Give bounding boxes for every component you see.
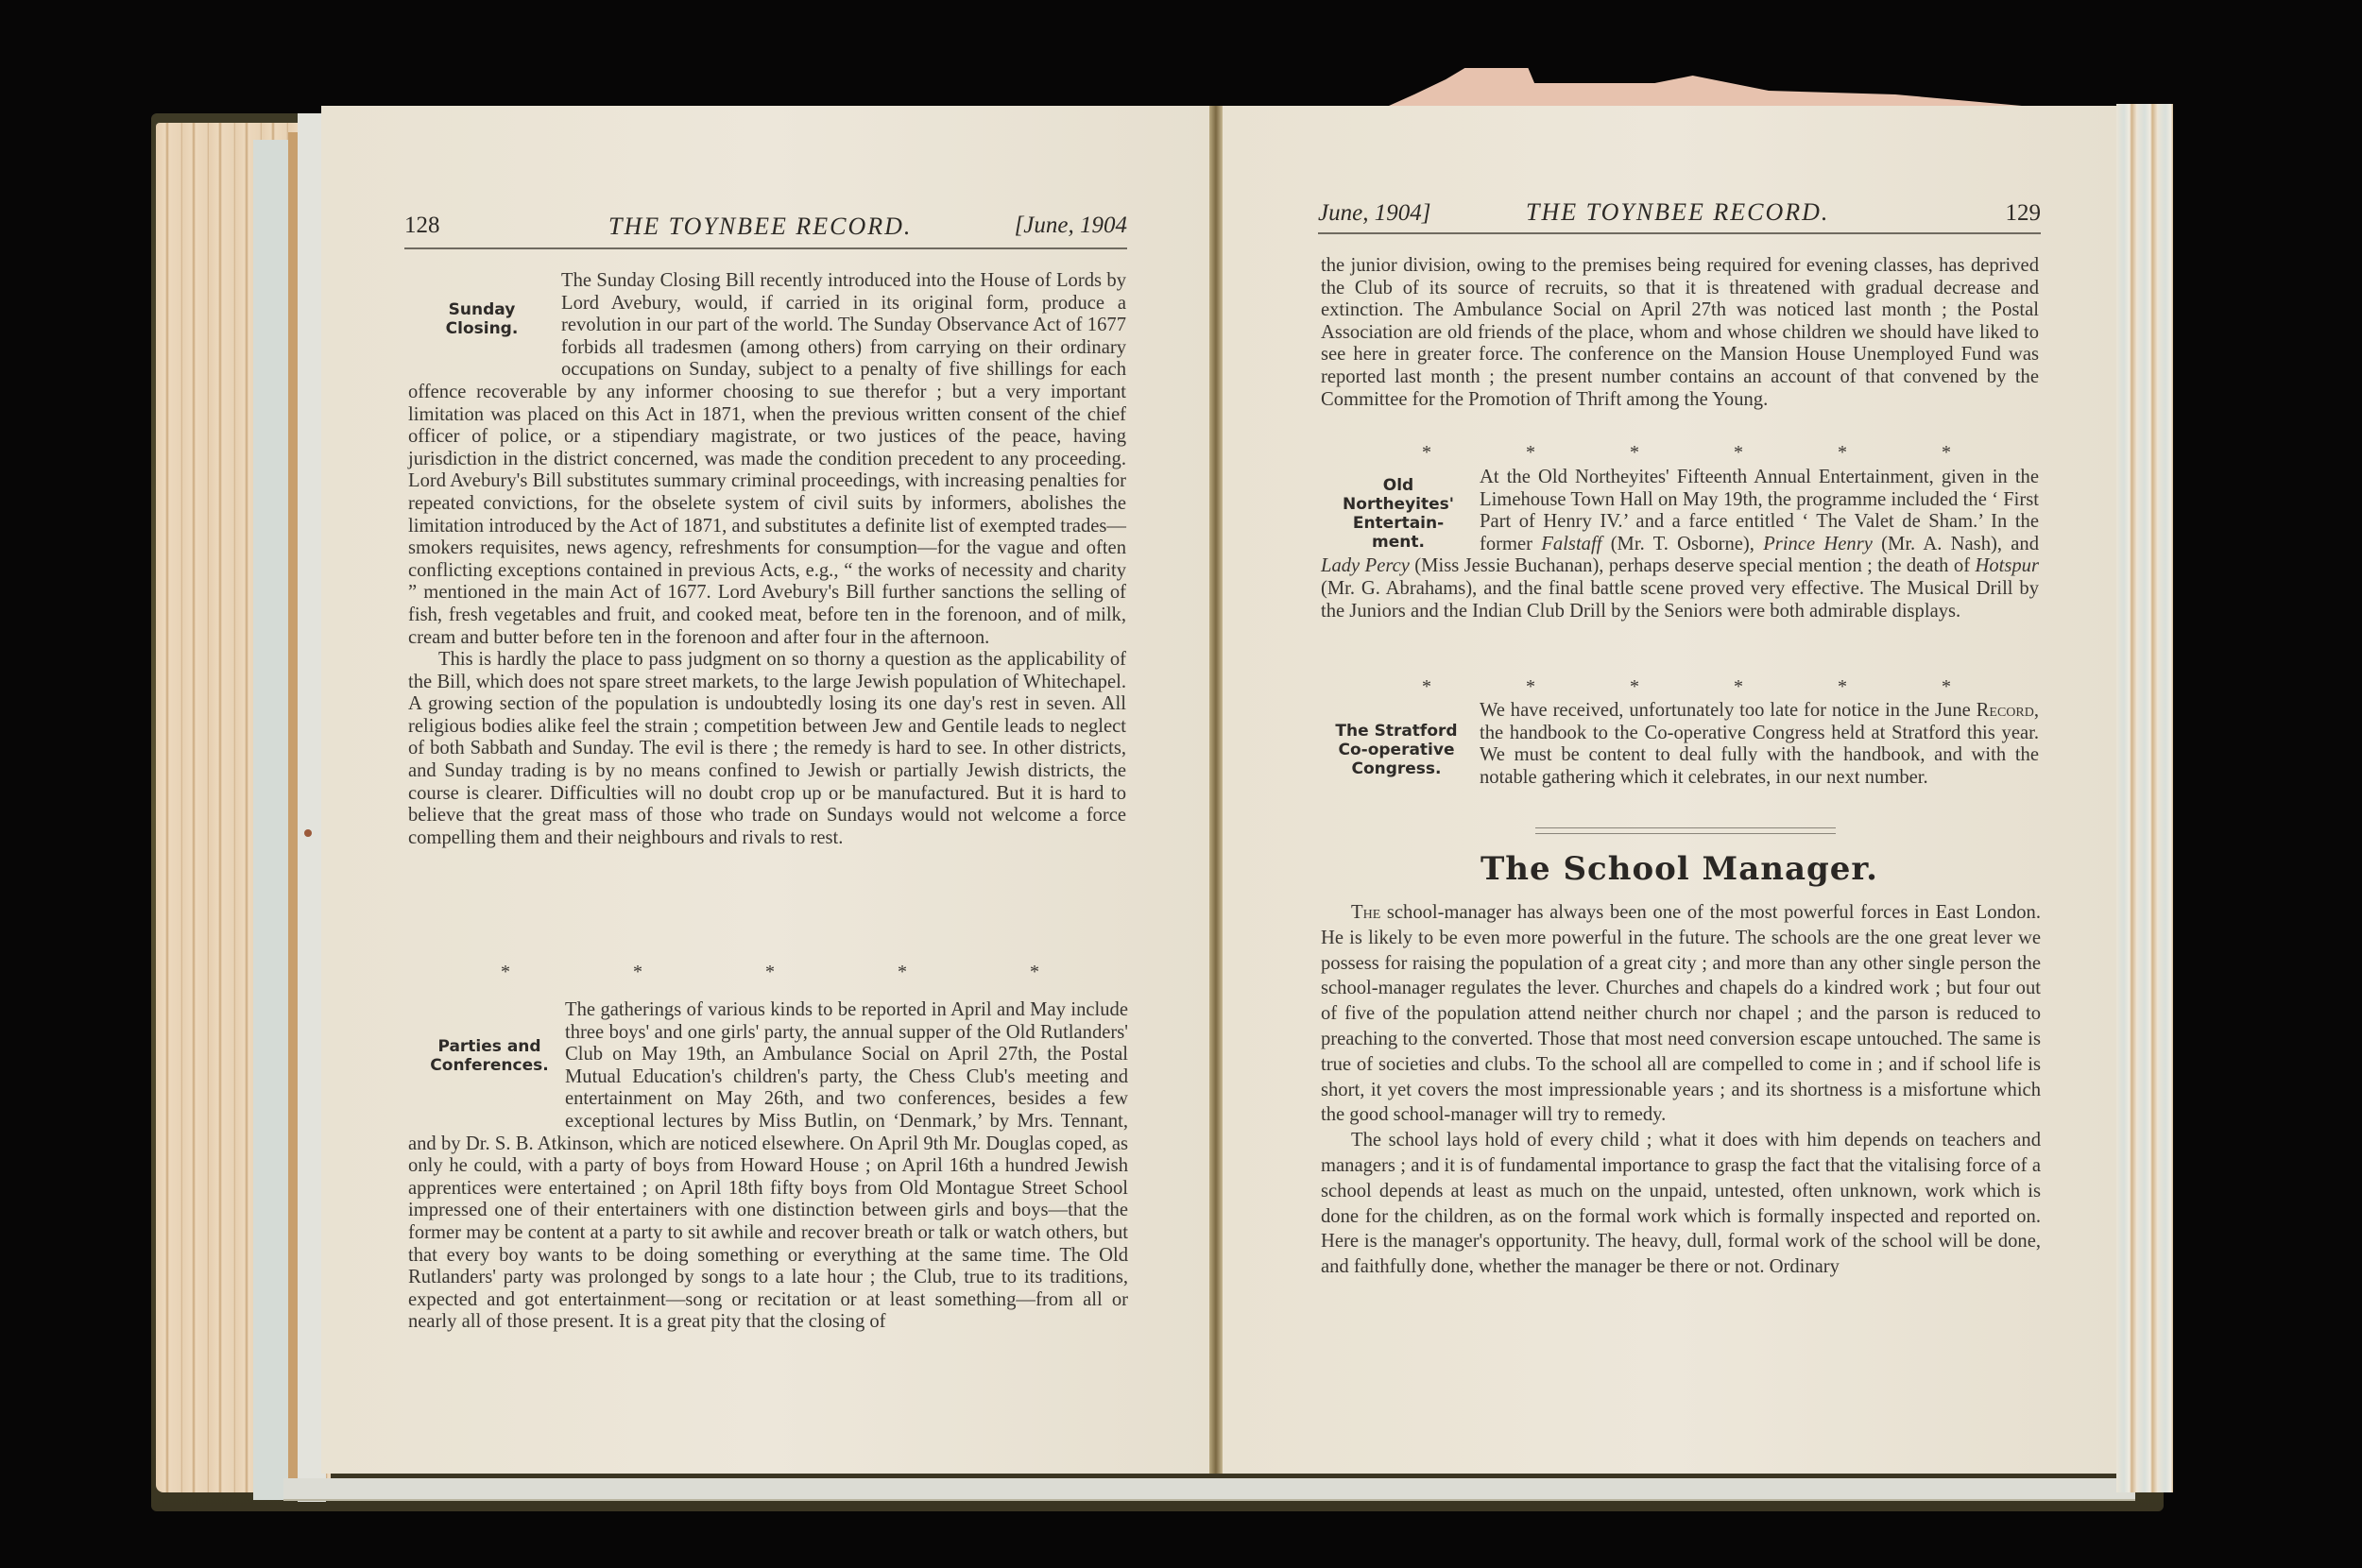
- tan-page-edge: [288, 132, 298, 1497]
- parties-article: The gatherings of various kinds to be re…: [408, 999, 1128, 1334]
- running-title: THE TOYNBEE RECORD.: [1526, 198, 1829, 227]
- gutter: [1209, 106, 1223, 1474]
- foxing-spot: [304, 829, 312, 837]
- section-separator: ******: [1422, 676, 1951, 698]
- role: Prince Henry: [1763, 534, 1873, 554]
- article-title: The School Manager.: [1318, 850, 2041, 888]
- paragraph: the junior division, owing to the premis…: [1321, 255, 2039, 411]
- page-number: 128: [404, 213, 440, 239]
- role: Hotspur: [1975, 555, 2039, 576]
- blue-endpaper-edge: [253, 140, 293, 1500]
- running-title: THE TOYNBEE RECORD.: [608, 213, 912, 241]
- paragraph: The school lays hold of every child ; wh…: [1321, 1128, 2041, 1280]
- right-running-head: June, 1904] THE TOYNBEE RECORD. 129: [1318, 198, 2041, 236]
- continued-text: the junior division, owing to the premis…: [1321, 255, 2039, 411]
- header-rule: [1318, 232, 2041, 234]
- bottom-page-edges: [283, 1478, 2135, 1501]
- section-separator: ******: [1422, 442, 1951, 464]
- role: Falstaff: [1541, 534, 1601, 554]
- northeyites-article: At the Old Northeyites' Fifteenth Annual…: [1321, 467, 2039, 622]
- left-running-head: 128 THE TOYNBEE RECORD. [June, 1904: [404, 213, 1127, 250]
- school-manager-article: The school-manager has always been one o…: [1321, 900, 2041, 1280]
- stratford-article: We have received, unfortunately too late…: [1321, 700, 2039, 789]
- issue-date: June, 1904]: [1318, 200, 1430, 227]
- page-number: 129: [2006, 200, 2042, 227]
- right-page-edges: [2116, 104, 2173, 1492]
- article-divider: [1535, 827, 1836, 834]
- role: Lady Percy: [1321, 555, 1410, 576]
- header-rule: [404, 247, 1127, 249]
- section-separator: *****: [501, 962, 1039, 983]
- sunday-closing-article: The Sunday Closing Bill recently introdu…: [408, 270, 1126, 849]
- torn-paper-fragment: [1389, 68, 2022, 106]
- paragraph: This is hardly the place to pass judgmen…: [408, 649, 1126, 849]
- issue-date: [June, 1904: [1015, 213, 1127, 239]
